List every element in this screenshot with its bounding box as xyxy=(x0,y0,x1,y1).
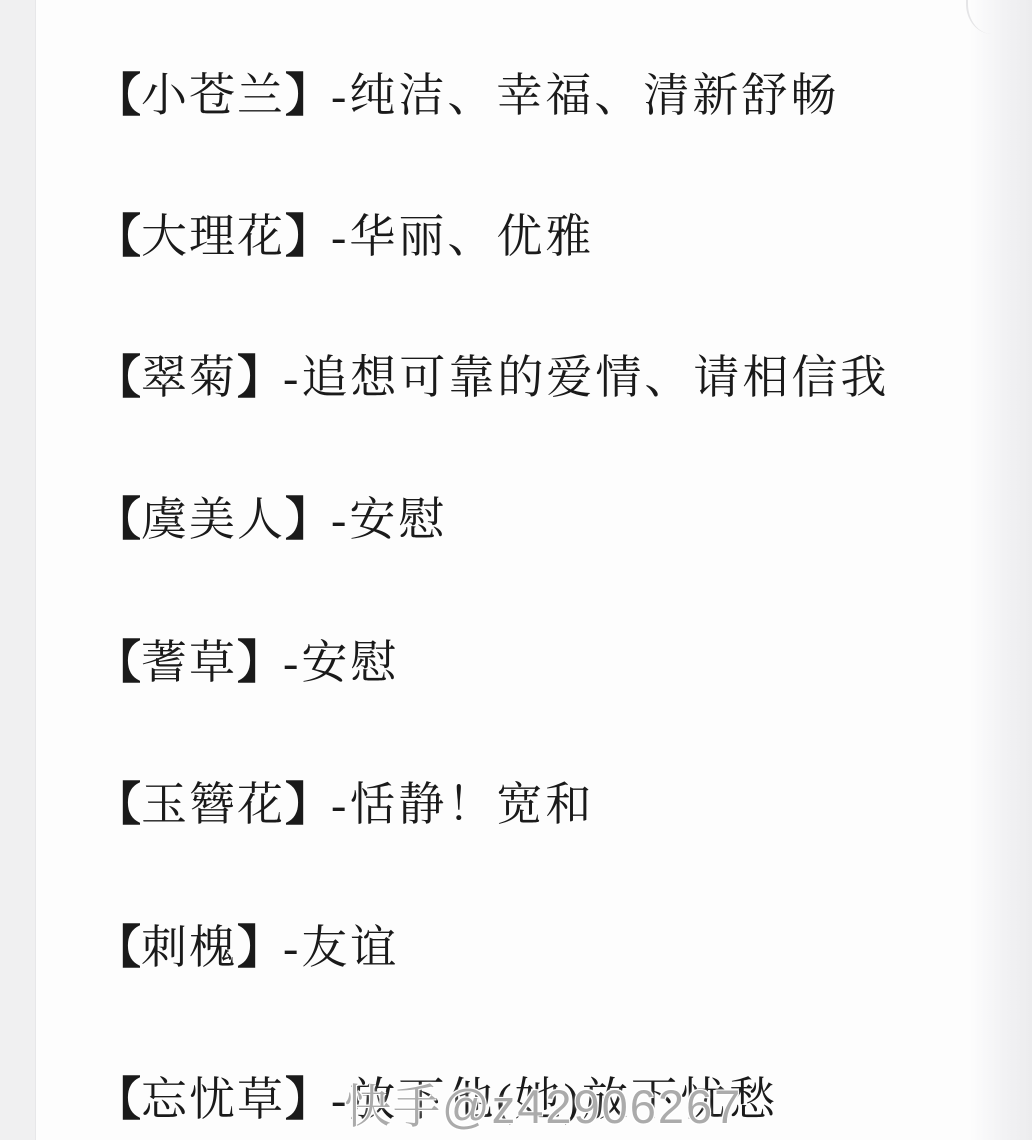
flower-entry-dalihua: 【大理花】-华丽、优雅 xyxy=(95,211,594,264)
flower-entry-yuzanhua: 【玉簪花】-恬静！宽和 xyxy=(95,779,594,832)
bracket-open: 【 xyxy=(95,637,141,688)
bracket-close: 】 xyxy=(285,494,331,545)
flower-meaning: -纯洁、幸福、清新舒畅 xyxy=(331,70,839,121)
bracket-close: 】 xyxy=(237,637,283,688)
bracket-open: 【 xyxy=(95,494,141,545)
flower-entry-cihuai: 【刺槐】-友谊 xyxy=(95,922,399,975)
flower-meaning: -追想可靠的爱情、请相信我 xyxy=(283,352,889,403)
flower-entry-xiaocanglan: 【小苍兰】-纯洁、幸福、清新舒畅 xyxy=(95,70,839,123)
flower-name: 大理花 xyxy=(141,211,285,262)
flower-meaning: -华丽、优雅 xyxy=(331,211,594,262)
flower-name: 蓍草 xyxy=(141,637,237,688)
flower-name: 刺槐 xyxy=(141,922,237,973)
flower-entry-yumeiren: 【虞美人】-安慰 xyxy=(95,494,447,547)
flower-meaning: -安慰 xyxy=(283,637,399,688)
bracket-open: 【 xyxy=(95,922,141,973)
document-page: 【小苍兰】-纯洁、幸福、清新舒畅 【大理花】-华丽、优雅 【翠菊】-追想可靠的爱… xyxy=(0,0,1032,1140)
bracket-open: 【 xyxy=(95,352,141,403)
bracket-open: 【 xyxy=(95,211,141,262)
flower-list: 【小苍兰】-纯洁、幸福、清新舒畅 【大理花】-华丽、优雅 【翠菊】-追想可靠的爱… xyxy=(0,0,1032,1140)
flower-meaning: -安慰 xyxy=(331,494,447,545)
flower-meaning: -恬静！宽和 xyxy=(331,779,594,830)
bracket-close: 】 xyxy=(285,1074,331,1125)
bracket-close: 】 xyxy=(237,352,283,403)
bracket-close: 】 xyxy=(237,922,283,973)
flower-entry-shicao: 【蓍草】-安慰 xyxy=(95,637,399,690)
flower-name: 玉簪花 xyxy=(141,779,285,830)
flower-meaning: -友谊 xyxy=(283,922,399,973)
bracket-open: 【 xyxy=(95,70,141,121)
bracket-close: 】 xyxy=(285,70,331,121)
bracket-close: 】 xyxy=(285,211,331,262)
bracket-open: 【 xyxy=(95,1074,141,1125)
flower-name: 虞美人 xyxy=(141,494,285,545)
flower-entry-cuiju: 【翠菊】-追想可靠的爱情、请相信我 xyxy=(95,352,889,405)
flower-name: 忘忧草 xyxy=(141,1074,285,1125)
bracket-open: 【 xyxy=(95,779,141,830)
flower-name: 翠菊 xyxy=(141,352,237,403)
kuaishou-watermark: 快手@z42906267 xyxy=(344,1070,742,1137)
flower-name: 小苍兰 xyxy=(141,70,285,121)
bracket-close: 】 xyxy=(285,779,331,830)
